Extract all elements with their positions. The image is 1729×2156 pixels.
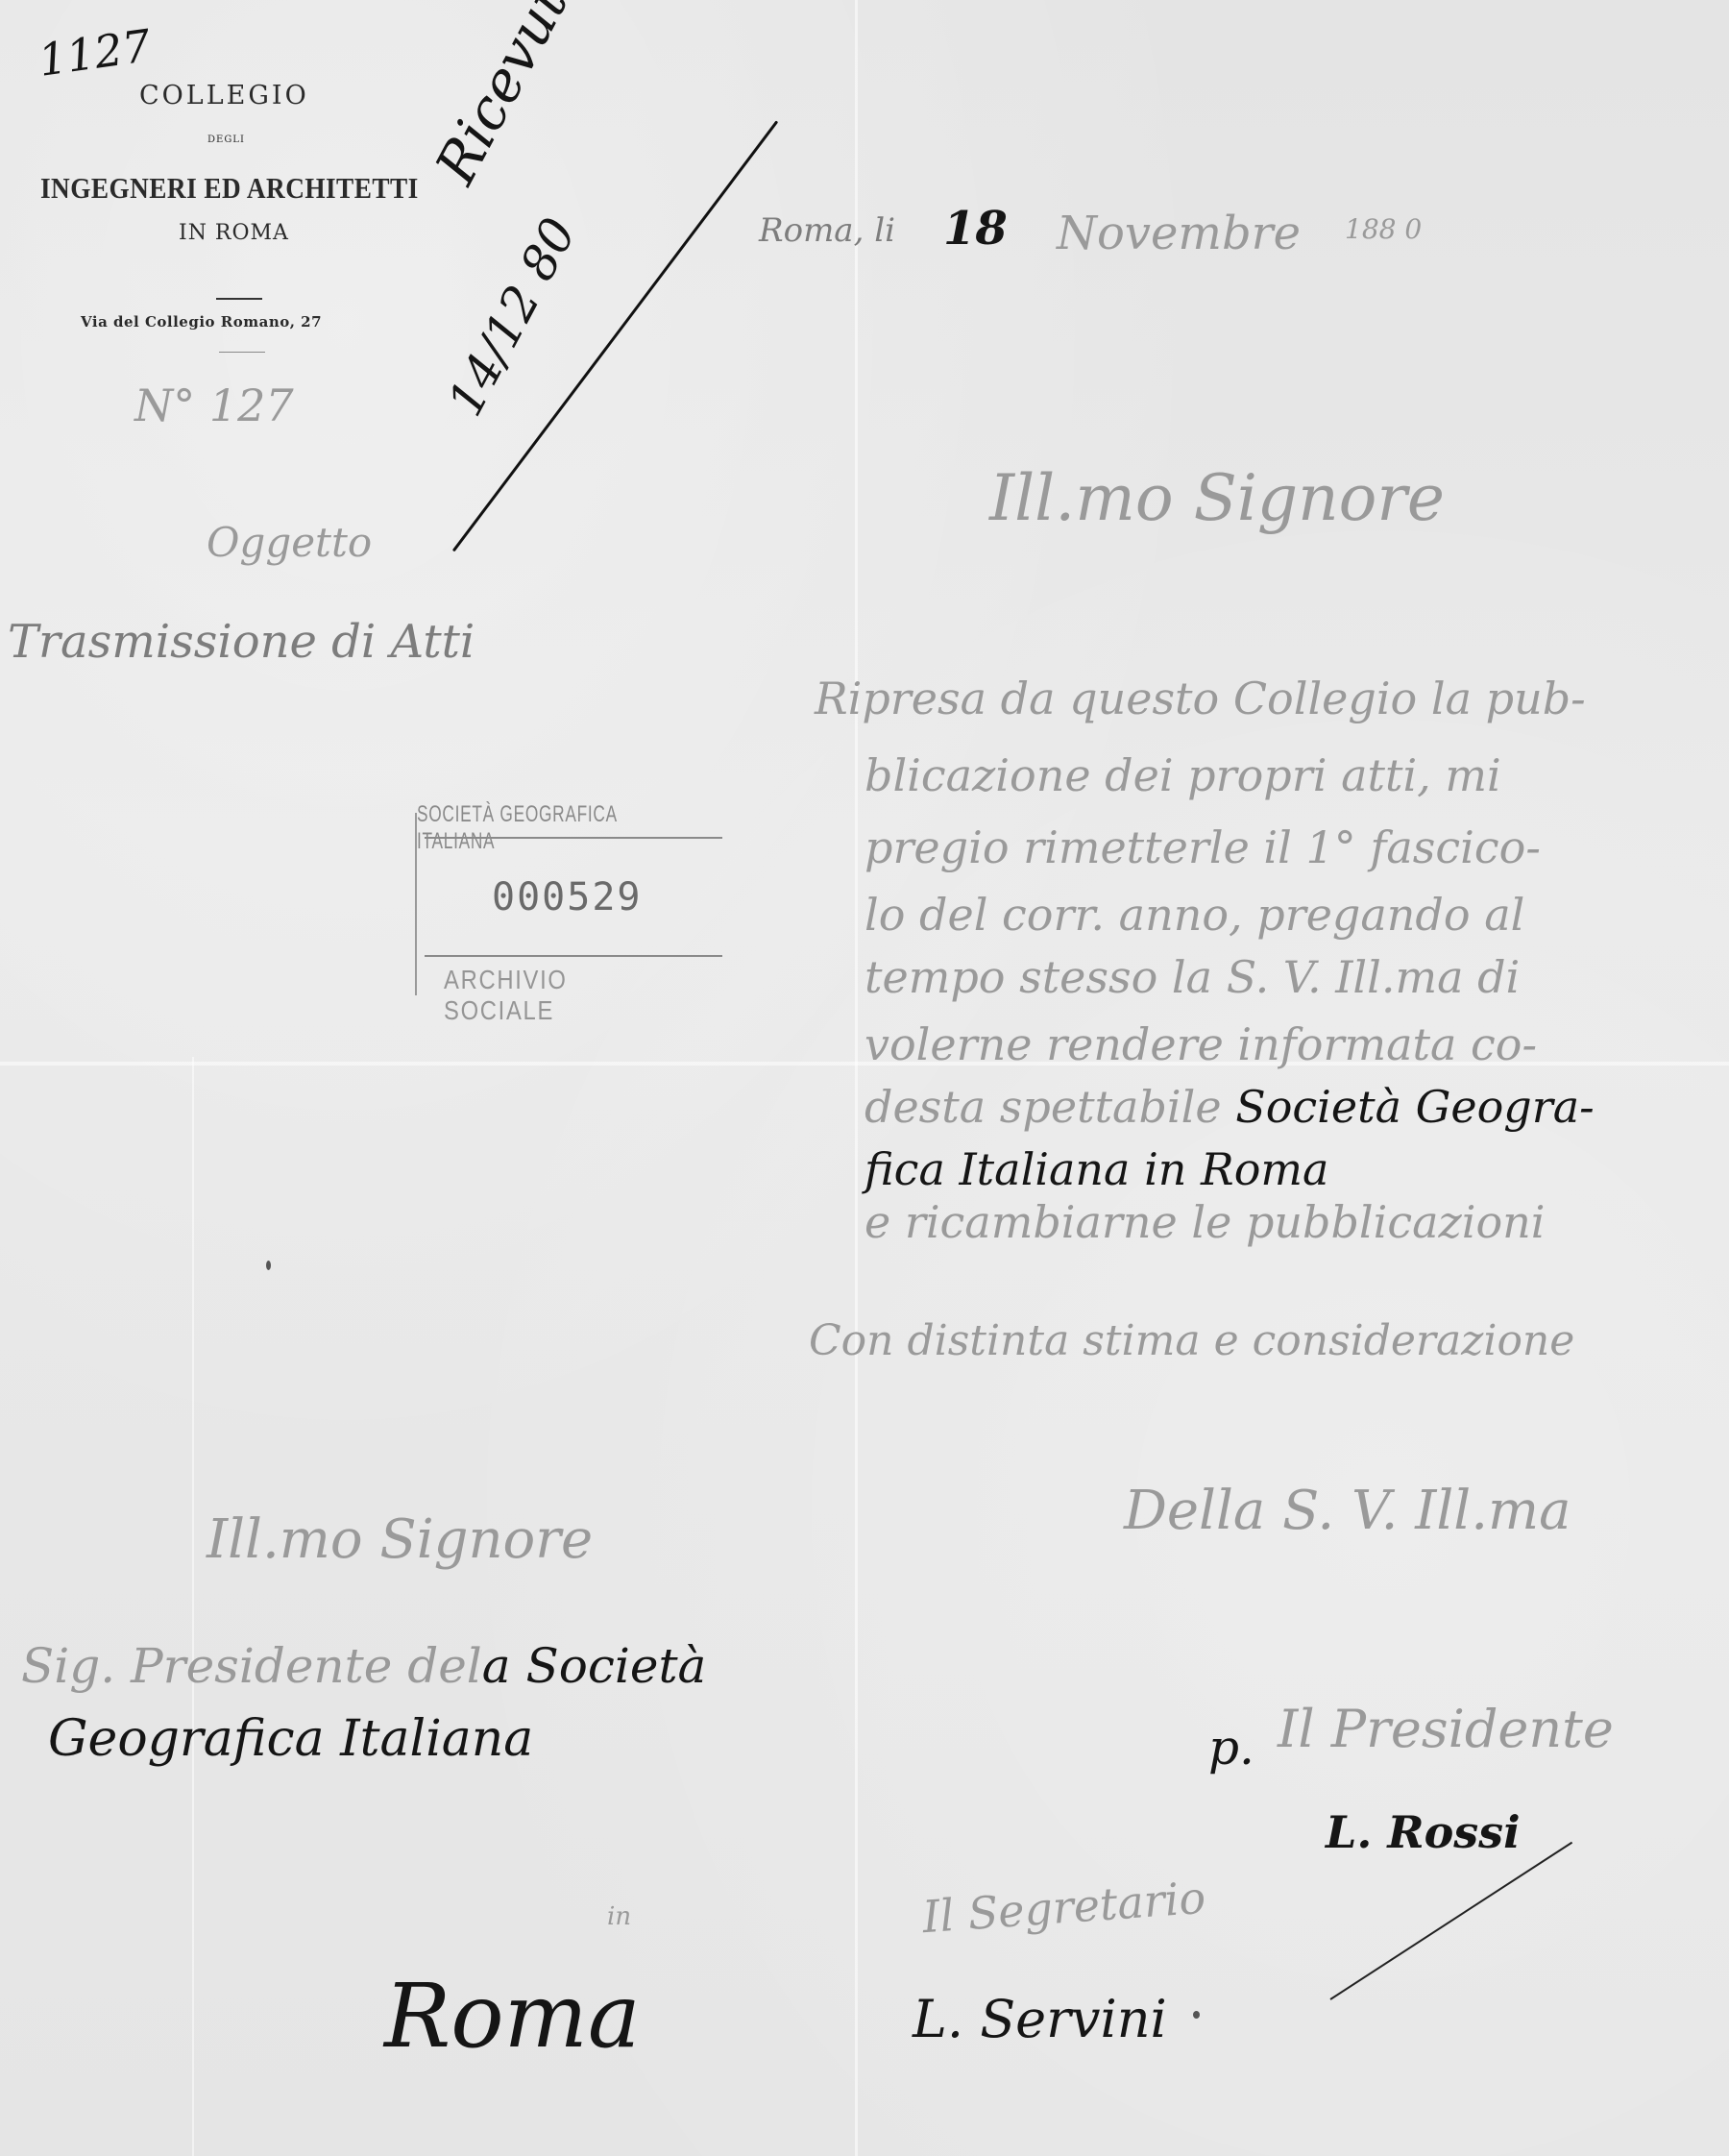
body-line: Ripresa da questo Collegio la pub- <box>815 673 1586 724</box>
dateline-place: Roma, li <box>759 211 895 250</box>
addressee-line-faint: Sig. Presidente del <box>21 1638 482 1694</box>
paper-fold-vertical-left <box>192 1057 194 2156</box>
letterhead-divider-small <box>219 352 265 353</box>
body-line: tempo stesso la S. V. Ill.ma di <box>864 951 1520 1003</box>
addressee-inline-dark: Società Geogra- <box>1235 1081 1595 1133</box>
addressee-salutation: Ill.mo Signore <box>207 1508 593 1571</box>
letterhead-address: Via del Collegio Romano, 27 <box>81 313 322 331</box>
subject-label: Oggetto <box>207 519 372 566</box>
body-line: volerne rendere informata co- <box>864 1018 1537 1070</box>
stamp-number: 000529 <box>492 875 643 919</box>
body-line: e ricambiarne le pubblicazioni <box>864 1196 1546 1248</box>
paper-fold-vertical <box>855 0 858 2156</box>
letterhead-divider <box>216 298 262 300</box>
dateline-year: 188 0 <box>1345 213 1422 245</box>
protocol-number: N° 127 <box>134 380 294 431</box>
addressee-organization: Geografica Italiana <box>48 1710 533 1768</box>
addressee-city: Roma <box>384 1965 641 2068</box>
dateline-month: Novembre <box>1057 207 1301 260</box>
body-line: desta spettabile Società Geogra- <box>864 1081 1595 1133</box>
salutation: Ill.mo Signore <box>989 461 1445 535</box>
president-signature: L. Rossi <box>1326 1806 1521 1858</box>
stamp-header: SOCIETÀ GEOGRAFICA ITALIANA <box>417 801 636 855</box>
body-line: lo del corr. anno, pregando al <box>864 889 1524 941</box>
stamp-footer: ARCHIVIO SOCIALE <box>444 965 679 1026</box>
addressee-line: Sig. Presidente dela Società <box>21 1638 706 1694</box>
archive-stamp: SOCIETÀ GEOGRAFICA ITALIANA 000529 ARCHI… <box>415 794 720 999</box>
letterhead-city: IN ROMA <box>179 221 289 245</box>
body-line: blicazione dei propri atti, mi <box>864 749 1501 801</box>
letterhead-collegio: COLLEGIO <box>139 81 309 110</box>
body-line: pregio rimetterle il 1° fascico- <box>864 821 1541 873</box>
secretary-signature: L. Servini <box>913 1989 1167 2049</box>
body-line: fica Italiana in Roma <box>864 1143 1328 1195</box>
president-title: Il Presidente <box>1278 1699 1614 1759</box>
letterhead-institution: INGEGNERI ED ARCHITETTI <box>40 171 419 206</box>
stamp-rule <box>425 955 722 957</box>
president-prefix: p. <box>1208 1720 1254 1776</box>
addressee-line-dark: a Società <box>482 1638 707 1694</box>
ink-spot <box>1193 2011 1200 2019</box>
ink-spot <box>266 1261 271 1270</box>
letterhead-degli: DEGLI <box>207 135 245 145</box>
subject-text: Trasmissione di Atti <box>8 615 475 669</box>
courtesy-formula: Della S. V. Ill.ma <box>1124 1480 1571 1542</box>
closing-formula: Con distinta stima e considerazione <box>809 1316 1574 1365</box>
stamp-rule <box>425 837 722 839</box>
body-line-text: desta spettabile <box>864 1081 1235 1133</box>
dateline-day: 18 <box>943 202 1008 256</box>
addressee-in: in <box>607 1902 631 1931</box>
